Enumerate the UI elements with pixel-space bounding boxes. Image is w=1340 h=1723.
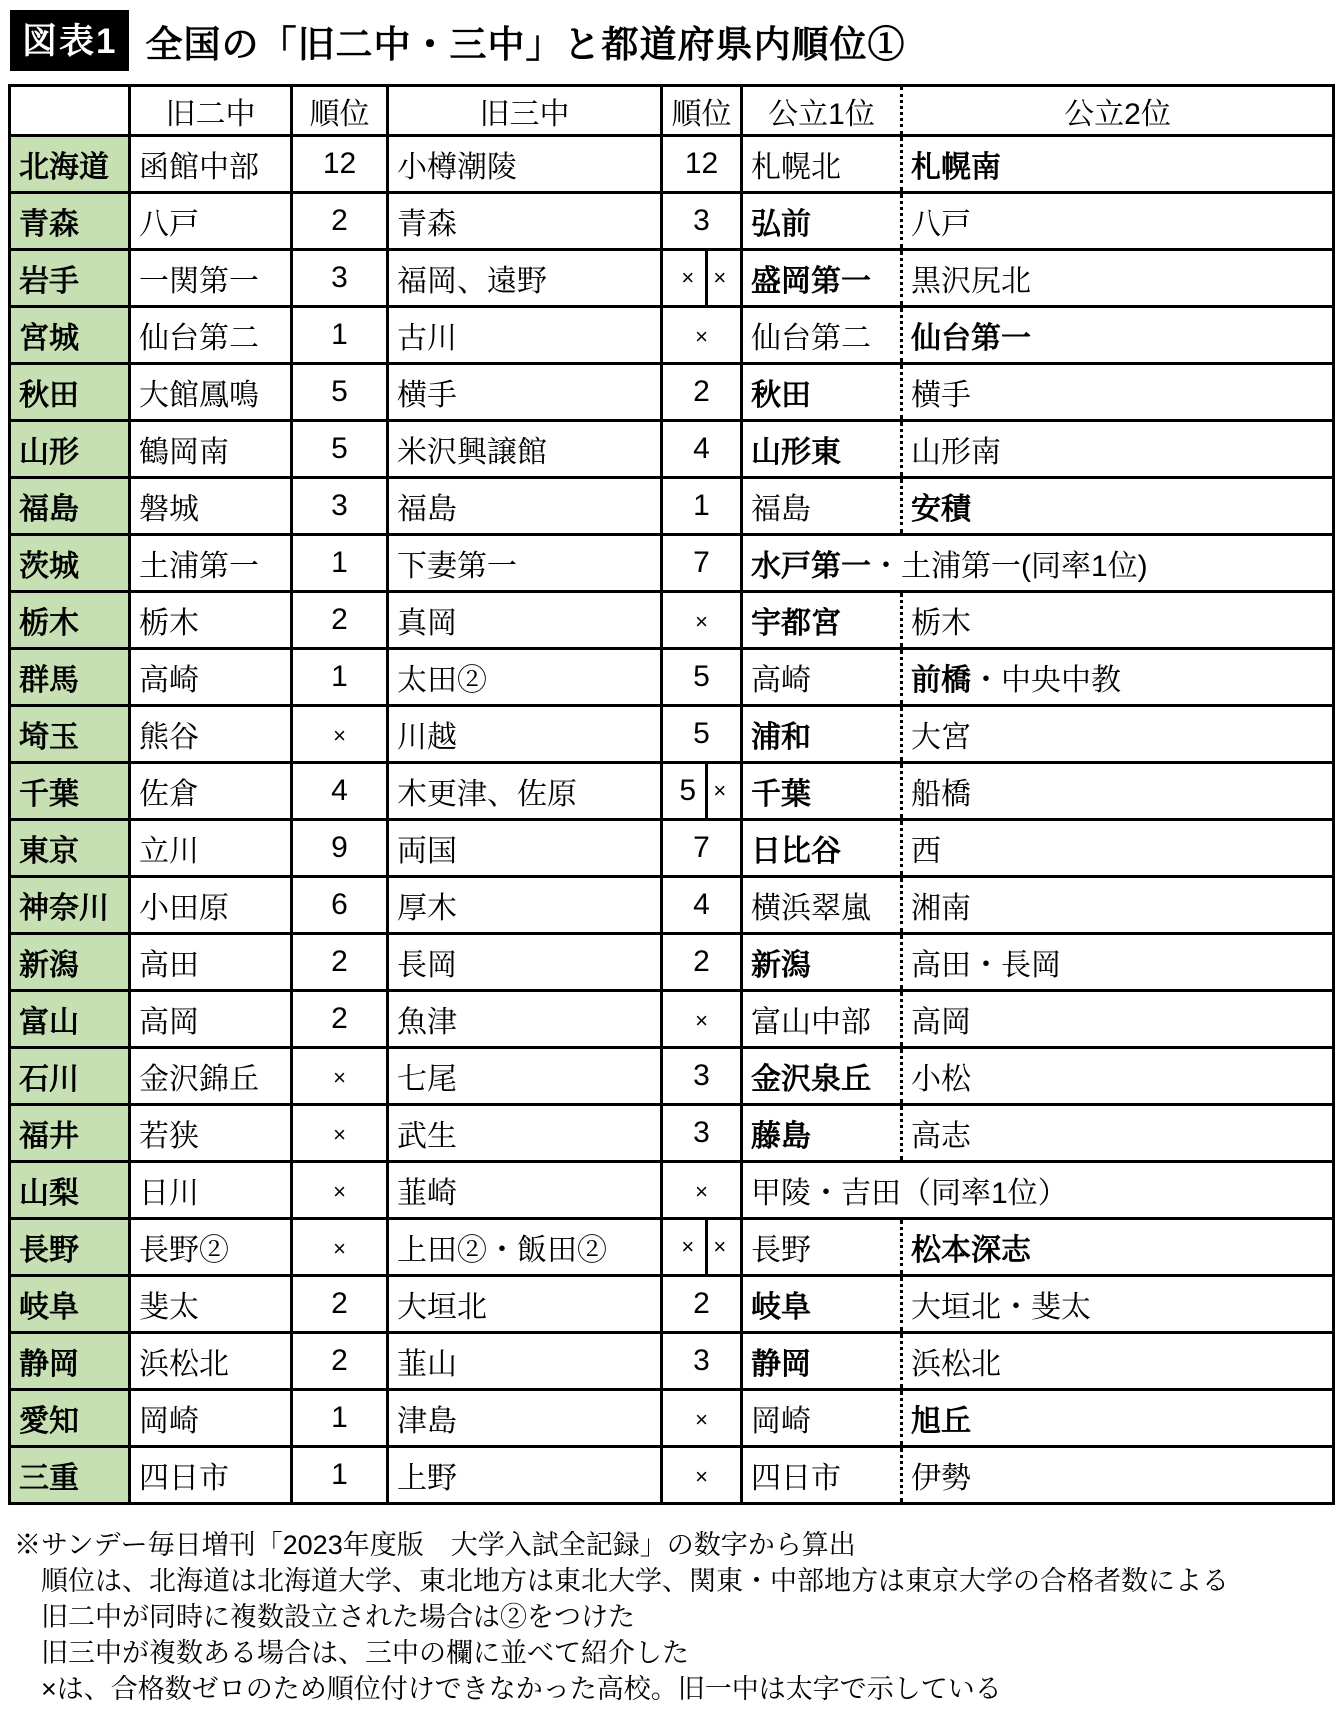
public2-cell: 山形南 bbox=[902, 421, 1334, 478]
old3-rank-cell: 7 bbox=[662, 820, 742, 877]
public1-cell: 新潟 bbox=[742, 934, 902, 991]
public2-cell: 大宮 bbox=[902, 706, 1334, 763]
old3-cell: 太田② bbox=[388, 649, 662, 706]
school-name-bold: 静岡 bbox=[751, 1348, 811, 1381]
public1-cell: 金沢泉丘 bbox=[742, 1048, 902, 1105]
table-row: 三重四日市1上野×四日市伊勢 bbox=[10, 1447, 1334, 1504]
school-name: 大宮 bbox=[911, 721, 971, 754]
x-mark: × bbox=[681, 1234, 694, 1260]
figure-title-bar: 図表1 全国の「旧二中・三中」と都道府県内順位① bbox=[0, 0, 1340, 71]
split-rank-wrap: ×× bbox=[671, 251, 732, 305]
old2-cell: 四日市 bbox=[130, 1447, 292, 1504]
school-name-bold: 秋田 bbox=[751, 379, 811, 412]
old3-rank-cell: × bbox=[662, 991, 742, 1048]
old3-cell: 古川 bbox=[388, 307, 662, 364]
x-mark: × bbox=[695, 609, 708, 634]
old2-cell: 高岡 bbox=[130, 991, 292, 1048]
old2-rank-cell: 2 bbox=[292, 592, 388, 649]
school-name: 栃木 bbox=[911, 607, 971, 640]
school-name-bold: 弘前 bbox=[751, 208, 811, 241]
school-name-bold: 岐阜 bbox=[751, 1291, 811, 1324]
school-name: 西 bbox=[911, 835, 941, 868]
public2-cell: 松本深志 bbox=[902, 1219, 1334, 1276]
school-name: 浜松北 bbox=[911, 1348, 1001, 1381]
public1-cell: 岡崎 bbox=[742, 1390, 902, 1447]
split-rank-right: × bbox=[705, 251, 732, 305]
x-mark: × bbox=[681, 265, 694, 291]
public2-cell: 横手 bbox=[902, 364, 1334, 421]
pref-cell: 群馬 bbox=[10, 649, 130, 706]
old2-cell: 長野② bbox=[130, 1219, 292, 1276]
public2-cell: 栃木 bbox=[902, 592, 1334, 649]
table-row: 千葉佐倉4木更津、佐原5×千葉船橋 bbox=[10, 763, 1334, 820]
public2-cell: 浜松北 bbox=[902, 1333, 1334, 1390]
public1-cell: 弘前 bbox=[742, 193, 902, 250]
old2-rank-cell: 2 bbox=[292, 934, 388, 991]
pref-cell: 福島 bbox=[10, 478, 130, 535]
old3-cell: 福島 bbox=[388, 478, 662, 535]
old3-cell: 武生 bbox=[388, 1105, 662, 1162]
table-row: 茨城土浦第一1下妻第一7水戸第一・土浦第一(同率1位) bbox=[10, 535, 1334, 592]
old2-rank-cell: 5 bbox=[292, 364, 388, 421]
col-header-public2: 公立2位 bbox=[902, 86, 1334, 136]
old3-rank-cell: 3 bbox=[662, 193, 742, 250]
col-header-rank2: 順位 bbox=[662, 86, 742, 136]
public1-cell: 長野 bbox=[742, 1219, 902, 1276]
old3-cell: 小樽潮陵 bbox=[388, 136, 662, 193]
old3-rank-cell: × bbox=[662, 1390, 742, 1447]
old3-rank-cell: 2 bbox=[662, 934, 742, 991]
table-row: 北海道函館中部12小樽潮陵12札幌北札幌南 bbox=[10, 136, 1334, 193]
school-name-bold: 浦和 bbox=[751, 721, 811, 754]
public1-cell: 四日市 bbox=[742, 1447, 902, 1504]
old3-rank-cell: 1 bbox=[662, 478, 742, 535]
split-rank-right: × bbox=[705, 1220, 732, 1274]
table-row: 石川金沢錦丘×七尾3金沢泉丘小松 bbox=[10, 1048, 1334, 1105]
school-name-bold: 安積 bbox=[911, 493, 971, 526]
pref-cell: 岐阜 bbox=[10, 1276, 130, 1333]
old2-rank-cell: × bbox=[292, 1219, 388, 1276]
table-row: 群馬高崎1太田②5高崎前橋・中央中教 bbox=[10, 649, 1334, 706]
table-row: 福島磐城3福島1福島安積 bbox=[10, 478, 1334, 535]
old2-rank-cell: 5 bbox=[292, 421, 388, 478]
old3-cell: 真岡 bbox=[388, 592, 662, 649]
school-name: 黒沢尻北 bbox=[911, 265, 1031, 298]
public2-cell: 伊勢 bbox=[902, 1447, 1334, 1504]
header-row: 旧二中 順位 旧三中 順位 公立1位 公立2位 bbox=[10, 86, 1334, 136]
col-header-empty bbox=[10, 86, 130, 136]
figure-page: { "title": { "badge": "図表1", "text": "全国… bbox=[0, 0, 1340, 1723]
old2-cell: 斐太 bbox=[130, 1276, 292, 1333]
x-mark: × bbox=[695, 1464, 708, 1489]
old2-rank-cell: 1 bbox=[292, 535, 388, 592]
school-name: 横手 bbox=[911, 379, 971, 412]
old3-cell: 上野 bbox=[388, 1447, 662, 1504]
old3-rank-cell: × bbox=[662, 1447, 742, 1504]
public2-cell: 高岡 bbox=[902, 991, 1334, 1048]
school-name: 高岡 bbox=[911, 1006, 971, 1039]
pref-cell: 宮城 bbox=[10, 307, 130, 364]
old3-rank-cell: 5 bbox=[662, 706, 742, 763]
table-row: 神奈川小田原6厚木4横浜翠嵐湘南 bbox=[10, 877, 1334, 934]
old3-rank-cell: ×× bbox=[662, 250, 742, 307]
public2-cell: 黒沢尻北 bbox=[902, 250, 1334, 307]
old3-cell: 米沢興譲館 bbox=[388, 421, 662, 478]
school-name-bold: 藤島 bbox=[751, 1120, 811, 1153]
school-name: 伊勢 bbox=[911, 1462, 971, 1495]
old2-cell: 日川 bbox=[130, 1162, 292, 1219]
school-name-bold: 新潟 bbox=[751, 949, 811, 982]
public1-cell: 藤島 bbox=[742, 1105, 902, 1162]
table-row: 埼玉熊谷×川越5浦和大宮 bbox=[10, 706, 1334, 763]
public1-cell: 高崎 bbox=[742, 649, 902, 706]
public1-cell: 盛岡第一 bbox=[742, 250, 902, 307]
old2-cell: 金沢錦丘 bbox=[130, 1048, 292, 1105]
old3-rank-cell: × bbox=[662, 307, 742, 364]
pref-cell: 東京 bbox=[10, 820, 130, 877]
table-row: 愛知岡崎1津島×岡崎旭丘 bbox=[10, 1390, 1334, 1447]
table-row: 新潟高田2長岡2新潟高田・長岡 bbox=[10, 934, 1334, 991]
old2-cell: 大館鳳鳴 bbox=[130, 364, 292, 421]
school-name: 高志 bbox=[911, 1120, 971, 1153]
public1-cell: 千葉 bbox=[742, 763, 902, 820]
pref-cell: 神奈川 bbox=[10, 877, 130, 934]
old2-rank-cell: × bbox=[292, 706, 388, 763]
split-rank-left: × bbox=[671, 1220, 705, 1274]
old3-rank-cell: 4 bbox=[662, 421, 742, 478]
table-row: 東京立川9両国7日比谷西 bbox=[10, 820, 1334, 877]
old2-rank-cell: 2 bbox=[292, 991, 388, 1048]
old2-cell: 熊谷 bbox=[130, 706, 292, 763]
figure-number-badge: 図表1 bbox=[10, 10, 129, 71]
public2-cell: 仙台第一 bbox=[902, 307, 1334, 364]
old3-rank-cell: 3 bbox=[662, 1048, 742, 1105]
old3-cell: 木更津、佐原 bbox=[388, 763, 662, 820]
public-merged-cell: 水戸第一・土浦第一(同率1位) bbox=[742, 535, 1334, 592]
school-name-bold: 宇都宮 bbox=[751, 607, 841, 640]
old2-rank-cell: 3 bbox=[292, 478, 388, 535]
old2-rank-cell: 1 bbox=[292, 307, 388, 364]
old3-rank-cell: × bbox=[662, 592, 742, 649]
old2-rank-cell: × bbox=[292, 1105, 388, 1162]
table-body: 北海道函館中部12小樽潮陵12札幌北札幌南青森八戸2青森3弘前八戸岩手一関第一3… bbox=[10, 136, 1334, 1504]
table-row: 静岡浜松北2韮山3静岡浜松北 bbox=[10, 1333, 1334, 1390]
pref-cell: 千葉 bbox=[10, 763, 130, 820]
school-name-bold: 金沢泉丘 bbox=[751, 1063, 871, 1096]
col-header-old2: 旧二中 bbox=[130, 86, 292, 136]
old2-rank-cell: 3 bbox=[292, 250, 388, 307]
public2-cell: 高田・長岡 bbox=[902, 934, 1334, 991]
old3-rank-cell: 3 bbox=[662, 1105, 742, 1162]
old2-cell: 小田原 bbox=[130, 877, 292, 934]
school-name: ・土浦第一(同率1位) bbox=[871, 550, 1148, 583]
public2-cell: 前橋・中央中教 bbox=[902, 649, 1334, 706]
table-row: 富山高岡2魚津×富山中部高岡 bbox=[10, 991, 1334, 1048]
school-name: 札幌北 bbox=[751, 151, 841, 184]
old3-rank-cell: 2 bbox=[662, 364, 742, 421]
col-header-rank1: 順位 bbox=[292, 86, 388, 136]
table-row: 山梨日川×韮崎×甲陵・吉田（同率1位） bbox=[10, 1162, 1334, 1219]
public2-cell: 湘南 bbox=[902, 877, 1334, 934]
public2-cell: 高志 bbox=[902, 1105, 1334, 1162]
school-name: 高崎 bbox=[751, 664, 811, 697]
pref-cell: 栃木 bbox=[10, 592, 130, 649]
old2-cell: 若狭 bbox=[130, 1105, 292, 1162]
old3-cell: 大垣北 bbox=[388, 1276, 662, 1333]
old3-cell: 青森 bbox=[388, 193, 662, 250]
school-name: ・中央中教 bbox=[971, 664, 1121, 697]
x-mark: × bbox=[695, 1407, 708, 1432]
x-mark: × bbox=[333, 1065, 346, 1090]
x-mark: × bbox=[713, 265, 726, 291]
x-mark: × bbox=[333, 1122, 346, 1147]
public1-cell: 浦和 bbox=[742, 706, 902, 763]
public2-cell: 船橋 bbox=[902, 763, 1334, 820]
old2-cell: 岡崎 bbox=[130, 1390, 292, 1447]
school-name-bold: 山形東 bbox=[751, 436, 841, 469]
school-name: 大垣北・斐太 bbox=[911, 1291, 1091, 1324]
x-mark: × bbox=[333, 1179, 346, 1204]
pref-cell: 愛知 bbox=[10, 1390, 130, 1447]
school-name: 富山中部 bbox=[751, 1006, 871, 1039]
split-rank-left: × bbox=[671, 251, 705, 305]
public2-cell: 西 bbox=[902, 820, 1334, 877]
pref-cell: 長野 bbox=[10, 1219, 130, 1276]
old2-rank-cell: 4 bbox=[292, 763, 388, 820]
split-rank-left: 5 bbox=[671, 764, 705, 818]
public2-cell: 八戸 bbox=[902, 193, 1334, 250]
table-row: 宮城仙台第二1古川×仙台第二仙台第一 bbox=[10, 307, 1334, 364]
public-merged-cell: 甲陵・吉田（同率1位） bbox=[742, 1162, 1334, 1219]
footnote-line: 順位は、北海道は北海道大学、東北地方は東北大学、関東・中部地方は東京大学の合格者… bbox=[14, 1563, 1340, 1599]
old2-rank-cell: 1 bbox=[292, 649, 388, 706]
school-name-bold: 仙台第一 bbox=[911, 322, 1031, 355]
old3-cell: 川越 bbox=[388, 706, 662, 763]
x-mark: × bbox=[695, 324, 708, 349]
public1-cell: 福島 bbox=[742, 478, 902, 535]
old3-cell: 七尾 bbox=[388, 1048, 662, 1105]
old3-cell: 魚津 bbox=[388, 991, 662, 1048]
pref-cell: 石川 bbox=[10, 1048, 130, 1105]
footnote-line: ※サンデー毎日増刊「2023年度版 大学入試全記録」の数字から算出 bbox=[14, 1527, 1340, 1563]
school-name: 福島 bbox=[751, 493, 811, 526]
pref-cell: 山形 bbox=[10, 421, 130, 478]
pref-cell: 北海道 bbox=[10, 136, 130, 193]
public1-cell: 横浜翠嵐 bbox=[742, 877, 902, 934]
old3-cell: 両国 bbox=[388, 820, 662, 877]
footnote-line: 旧三中が複数ある場合は、三中の欄に並べて紹介した bbox=[14, 1635, 1340, 1671]
old2-rank-cell: 2 bbox=[292, 193, 388, 250]
old2-rank-cell: 2 bbox=[292, 1333, 388, 1390]
school-name: 岡崎 bbox=[751, 1405, 811, 1438]
ranking-table: 旧二中 順位 旧三中 順位 公立1位 公立2位 北海道函館中部12小樽潮陵12札… bbox=[8, 84, 1335, 1505]
table-row: 長野長野②×上田②・飯田②××長野松本深志 bbox=[10, 1219, 1334, 1276]
old2-cell: 高田 bbox=[130, 934, 292, 991]
old2-cell: 立川 bbox=[130, 820, 292, 877]
public1-cell: 富山中部 bbox=[742, 991, 902, 1048]
table-row: 栃木栃木2真岡×宇都宮栃木 bbox=[10, 592, 1334, 649]
split-rank-right: × bbox=[705, 764, 732, 818]
old3-rank-cell: 12 bbox=[662, 136, 742, 193]
school-name: 高田・長岡 bbox=[911, 949, 1061, 982]
pref-cell: 埼玉 bbox=[10, 706, 130, 763]
table-row: 秋田大館鳳鳴5横手2秋田横手 bbox=[10, 364, 1334, 421]
old2-rank-cell: 9 bbox=[292, 820, 388, 877]
old3-cell: 韮山 bbox=[388, 1333, 662, 1390]
old2-cell: 仙台第二 bbox=[130, 307, 292, 364]
old2-cell: 函館中部 bbox=[130, 136, 292, 193]
public1-cell: 日比谷 bbox=[742, 820, 902, 877]
old2-cell: 栃木 bbox=[130, 592, 292, 649]
school-name: 長野 bbox=[751, 1234, 811, 1267]
old3-cell: 上田②・飯田② bbox=[388, 1219, 662, 1276]
split-rank-wrap: ×× bbox=[671, 1220, 732, 1274]
public2-cell: 札幌南 bbox=[902, 136, 1334, 193]
school-name-bold: 千葉 bbox=[751, 778, 811, 811]
old3-cell: 津島 bbox=[388, 1390, 662, 1447]
table-row: 青森八戸2青森3弘前八戸 bbox=[10, 193, 1334, 250]
x-mark: × bbox=[333, 723, 346, 748]
table-row: 岩手一関第一3福岡、遠野××盛岡第一黒沢尻北 bbox=[10, 250, 1334, 307]
old3-cell: 厚木 bbox=[388, 877, 662, 934]
pref-cell: 岩手 bbox=[10, 250, 130, 307]
old2-rank-cell: × bbox=[292, 1048, 388, 1105]
footnote-line: ×は、合格数ゼロのため順位付けできなかった高校。旧一中は太字で示している bbox=[14, 1671, 1340, 1707]
school-name-bold: 旭丘 bbox=[911, 1405, 971, 1438]
old2-rank-cell: 1 bbox=[292, 1390, 388, 1447]
old2-rank-cell: 12 bbox=[292, 136, 388, 193]
school-name-bold: 札幌南 bbox=[911, 151, 1001, 184]
col-header-public1: 公立1位 bbox=[742, 86, 902, 136]
old2-rank-cell: 1 bbox=[292, 1447, 388, 1504]
school-name: 小松 bbox=[911, 1063, 971, 1096]
figure-title: 全国の「旧二中・三中」と都道府県内順位① bbox=[145, 14, 905, 68]
pref-cell: 福井 bbox=[10, 1105, 130, 1162]
x-mark: × bbox=[713, 778, 726, 804]
footnote-line: 旧二中が同時に複数設立された場合は②をつけた bbox=[14, 1599, 1340, 1635]
old3-cell: 韮崎 bbox=[388, 1162, 662, 1219]
old3-cell: 横手 bbox=[388, 364, 662, 421]
old3-rank-cell: 2 bbox=[662, 1276, 742, 1333]
school-name-bold: 日比谷 bbox=[751, 835, 841, 868]
col-header-old3: 旧三中 bbox=[388, 86, 662, 136]
old2-cell: 土浦第一 bbox=[130, 535, 292, 592]
old2-rank-cell: 2 bbox=[292, 1276, 388, 1333]
table-row: 福井若狭×武生3藤島高志 bbox=[10, 1105, 1334, 1162]
public2-cell: 小松 bbox=[902, 1048, 1334, 1105]
public1-cell: 岐阜 bbox=[742, 1276, 902, 1333]
school-name: 船橋 bbox=[911, 778, 971, 811]
public1-cell: 秋田 bbox=[742, 364, 902, 421]
pref-cell: 秋田 bbox=[10, 364, 130, 421]
pref-cell: 三重 bbox=[10, 1447, 130, 1504]
pref-cell: 新潟 bbox=[10, 934, 130, 991]
x-mark: × bbox=[695, 1008, 708, 1033]
x-mark: × bbox=[695, 1179, 708, 1204]
school-name: 八戸 bbox=[911, 208, 971, 241]
old3-rank-cell: × bbox=[662, 1162, 742, 1219]
old2-rank-cell: × bbox=[292, 1162, 388, 1219]
school-name-bold: 前橋 bbox=[911, 664, 971, 697]
school-name: 山形南 bbox=[911, 436, 1001, 469]
old2-cell: 一関第一 bbox=[130, 250, 292, 307]
school-name-bold: 松本深志 bbox=[911, 1234, 1031, 1267]
public2-cell: 大垣北・斐太 bbox=[902, 1276, 1334, 1333]
school-name: 仙台第二 bbox=[751, 322, 871, 355]
x-mark: × bbox=[713, 1234, 726, 1260]
school-name: 甲陵・吉田（同率1位） bbox=[751, 1177, 1068, 1210]
pref-cell: 青森 bbox=[10, 193, 130, 250]
school-name: 湘南 bbox=[911, 892, 971, 925]
table-row: 山形鶴岡南5米沢興譲館4山形東山形南 bbox=[10, 421, 1334, 478]
school-name-bold: 盛岡第一 bbox=[751, 265, 871, 298]
public2-cell: 安積 bbox=[902, 478, 1334, 535]
old2-cell: 佐倉 bbox=[130, 763, 292, 820]
old2-cell: 浜松北 bbox=[130, 1333, 292, 1390]
pref-cell: 茨城 bbox=[10, 535, 130, 592]
school-name: 四日市 bbox=[751, 1462, 841, 1495]
pref-cell: 静岡 bbox=[10, 1333, 130, 1390]
school-name-bold: 水戸第一 bbox=[751, 550, 871, 583]
footnotes: ※サンデー毎日増刊「2023年度版 大学入試全記録」の数字から算出 順位は、北海… bbox=[14, 1527, 1340, 1707]
public1-cell: 静岡 bbox=[742, 1333, 902, 1390]
public1-cell: 仙台第二 bbox=[742, 307, 902, 364]
old2-cell: 高崎 bbox=[130, 649, 292, 706]
old2-rank-cell: 6 bbox=[292, 877, 388, 934]
old3-cell: 福岡、遠野 bbox=[388, 250, 662, 307]
public1-cell: 山形東 bbox=[742, 421, 902, 478]
old2-cell: 磐城 bbox=[130, 478, 292, 535]
school-name: 横浜翠嵐 bbox=[751, 892, 871, 925]
old3-rank-cell: 5 bbox=[662, 649, 742, 706]
old3-rank-cell: 3 bbox=[662, 1333, 742, 1390]
public1-cell: 札幌北 bbox=[742, 136, 902, 193]
pref-cell: 山梨 bbox=[10, 1162, 130, 1219]
old3-rank-cell: 4 bbox=[662, 877, 742, 934]
old3-rank-cell: 7 bbox=[662, 535, 742, 592]
old3-cell: 長岡 bbox=[388, 934, 662, 991]
split-rank-wrap: 5× bbox=[671, 764, 732, 818]
pref-cell: 富山 bbox=[10, 991, 130, 1048]
old3-rank-cell: ×× bbox=[662, 1219, 742, 1276]
old2-cell: 八戸 bbox=[130, 193, 292, 250]
old2-cell: 鶴岡南 bbox=[130, 421, 292, 478]
x-mark: × bbox=[333, 1236, 346, 1261]
public2-cell: 旭丘 bbox=[902, 1390, 1334, 1447]
table-row: 岐阜斐太2大垣北2岐阜大垣北・斐太 bbox=[10, 1276, 1334, 1333]
old3-cell: 下妻第一 bbox=[388, 535, 662, 592]
public1-cell: 宇都宮 bbox=[742, 592, 902, 649]
old3-rank-cell: 5× bbox=[662, 763, 742, 820]
